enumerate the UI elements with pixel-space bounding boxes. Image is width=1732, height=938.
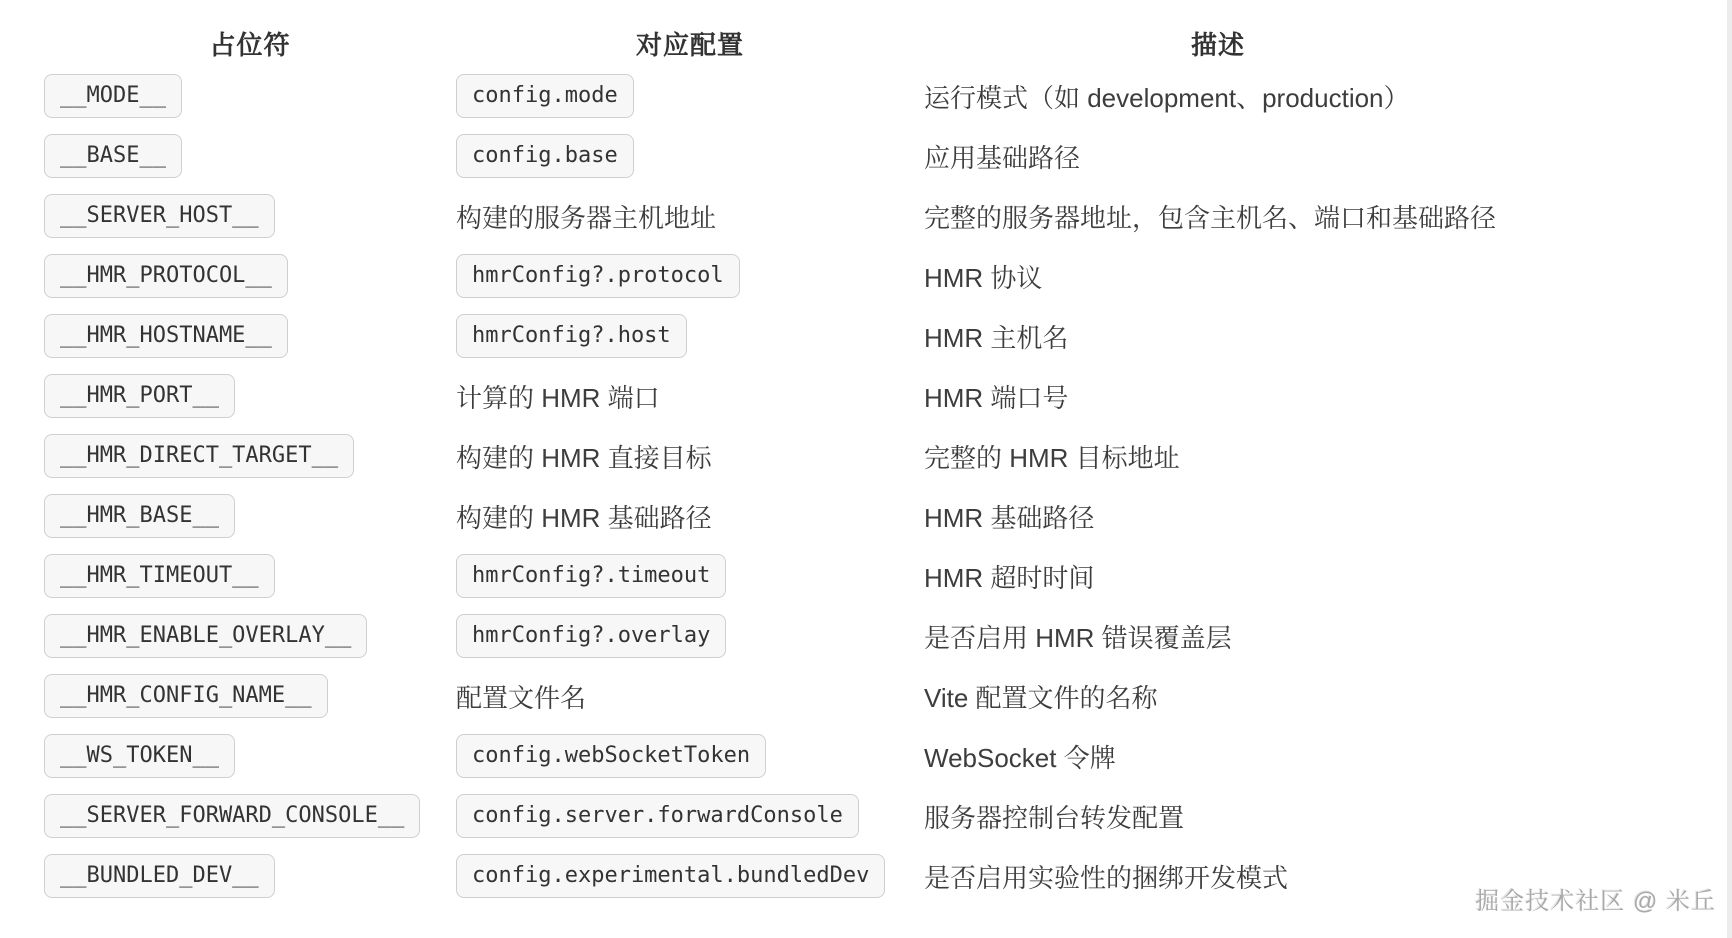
description-cell: HMR 主机名 [924,318,1512,355]
scrollbar-track[interactable] [1727,0,1732,938]
description-text: HMR 协议 [924,258,1042,295]
config-cell: config.mode [456,74,924,118]
config-cell: config.server.forwardConsole [456,794,924,838]
placeholder-badge: __SERVER_FORWARD_CONSOLE__ [44,794,420,838]
placeholder-badge: __HMR_CONFIG_NAME__ [44,674,328,718]
description-cell: Vite 配置文件的名称 [924,678,1512,715]
config-cell: config.webSocketToken [456,734,924,778]
placeholder-badge: __SERVER_HOST__ [44,194,275,238]
description-cell: HMR 基础路径 [924,498,1512,535]
description-cell: 是否启用 HMR 错误覆盖层 [924,618,1512,655]
config-text: 构建的服务器主机地址 [456,198,716,235]
config-cell: 构建的 HMR 基础路径 [456,498,924,535]
config-cell: hmrConfig?.protocol [456,254,924,298]
placeholder-cell: __HMR_ENABLE_OVERLAY__ [44,614,456,658]
placeholder-cell: __HMR_DIRECT_TARGET__ [44,434,456,478]
table-row: __HMR_DIRECT_TARGET__ 构建的 HMR 直接目标 完整的 H… [44,426,1512,486]
description-cell: 完整的 HMR 目标地址 [924,438,1512,475]
description-cell: 运行模式（如 development、production） [924,78,1512,115]
description-text: HMR 基础路径 [924,498,1094,535]
config-text: 构建的 HMR 直接目标 [456,438,712,475]
placeholder-badge: __MODE__ [44,74,182,118]
placeholder-cell: __HMR_CONFIG_NAME__ [44,674,456,718]
config-text: 构建的 HMR 基础路径 [456,498,712,535]
table-row: __HMR_TIMEOUT__ hmrConfig?.timeout HMR 超… [44,546,1512,606]
placeholder-cell: __SERVER_HOST__ [44,194,456,238]
config-cell: 构建的 HMR 直接目标 [456,438,924,475]
placeholder-cell: __MODE__ [44,74,456,118]
config-badge: config.experimental.bundledDev [456,854,885,898]
description-cell: 应用基础路径 [924,138,1512,175]
placeholder-badge: __HMR_PORT__ [44,374,235,418]
placeholder-badge: __BASE__ [44,134,182,178]
description-text: 应用基础路径 [924,138,1080,175]
description-cell: 完整的服务器地址，包含主机名、端口和基础路径 [924,198,1512,235]
table-row: __HMR_PROTOCOL__ hmrConfig?.protocol HMR… [44,246,1512,306]
description-cell: 服务器控制台转发配置 [924,798,1512,835]
juejin-watermark: 掘金技术社区 @ 米丘 [1475,881,1716,916]
config-badge: config.server.forwardConsole [456,794,859,838]
placeholder-badge: __HMR_BASE__ [44,494,235,538]
placeholder-badge: __HMR_PROTOCOL__ [44,254,288,298]
description-text: 完整的服务器地址，包含主机名、端口和基础路径 [924,198,1496,235]
config-cell: hmrConfig?.host [456,314,924,358]
description-cell: HMR 端口号 [924,378,1512,415]
table-row: __HMR_CONFIG_NAME__ 配置文件名 Vite 配置文件的名称 [44,666,1512,726]
description-text: HMR 主机名 [924,318,1068,355]
placeholder-badge: __HMR_ENABLE_OVERLAY__ [44,614,367,658]
config-badge: config.webSocketToken [456,734,766,778]
placeholder-badge: __HMR_HOSTNAME__ [44,314,288,358]
table-row: __SERVER_FORWARD_CONSOLE__ config.server… [44,786,1512,846]
column-header-config: 对应配置 [456,25,924,62]
config-badge: hmrConfig?.overlay [456,614,726,658]
table-row: __BASE__ config.base 应用基础路径 [44,126,1512,186]
description-text: 运行模式（如 development、production） [924,78,1410,115]
config-text: 配置文件名 [456,678,586,715]
placeholder-cell: __HMR_HOSTNAME__ [44,314,456,358]
placeholder-cell: __HMR_PROTOCOL__ [44,254,456,298]
config-cell: hmrConfig?.overlay [456,614,924,658]
column-header-placeholder: 占位符 [44,25,456,62]
description-text: 完整的 HMR 目标地址 [924,438,1180,475]
table-body: __MODE__ config.mode 运行模式（如 development、… [44,66,1512,906]
config-cell: config.base [456,134,924,178]
table-row: __HMR_ENABLE_OVERLAY__ hmrConfig?.overla… [44,606,1512,666]
description-text: WebSocket 令牌 [924,738,1116,775]
config-cell: config.experimental.bundledDev [456,854,924,898]
config-badge: hmrConfig?.timeout [456,554,726,598]
table-row: __WS_TOKEN__ config.webSocketToken WebSo… [44,726,1512,786]
description-cell: HMR 协议 [924,258,1512,295]
description-text: Vite 配置文件的名称 [924,678,1158,715]
config-cell: 构建的服务器主机地址 [456,198,924,235]
description-text: 是否启用 HMR 错误覆盖层 [924,618,1232,655]
table-row: __HMR_PORT__ 计算的 HMR 端口 HMR 端口号 [44,366,1512,426]
config-badge: config.base [456,134,634,178]
placeholder-cell: __WS_TOKEN__ [44,734,456,778]
table-row: __SERVER_HOST__ 构建的服务器主机地址 完整的服务器地址，包含主机… [44,186,1512,246]
config-text: 计算的 HMR 端口 [456,378,660,415]
placeholder-badge: __BUNDLED_DEV__ [44,854,275,898]
description-text: 是否启用实验性的捆绑开发模式 [924,858,1288,895]
placeholder-badge: __WS_TOKEN__ [44,734,235,778]
description-text: HMR 超时时间 [924,558,1094,595]
table-row: __BUNDLED_DEV__ config.experimental.bund… [44,846,1512,906]
placeholder-reference-table: 占位符 对应配置 描述 __MODE__ config.mode 运行模式（如 … [44,20,1512,906]
placeholder-cell: __BUNDLED_DEV__ [44,854,456,898]
description-cell: HMR 超时时间 [924,558,1512,595]
column-header-description: 描述 [924,25,1512,62]
description-cell: 是否启用实验性的捆绑开发模式 [924,858,1512,895]
placeholder-badge: __HMR_TIMEOUT__ [44,554,275,598]
config-cell: 配置文件名 [456,678,924,715]
description-text: 服务器控制台转发配置 [924,798,1184,835]
config-badge: hmrConfig?.protocol [456,254,740,298]
placeholder-cell: __HMR_BASE__ [44,494,456,538]
document-page: 占位符 对应配置 描述 __MODE__ config.mode 运行模式（如 … [0,0,1732,938]
config-cell: 计算的 HMR 端口 [456,378,924,415]
placeholder-cell: __HMR_TIMEOUT__ [44,554,456,598]
placeholder-cell: __HMR_PORT__ [44,374,456,418]
placeholder-badge: __HMR_DIRECT_TARGET__ [44,434,354,478]
table-header-row: 占位符 对应配置 描述 [44,20,1512,66]
placeholder-cell: __SERVER_FORWARD_CONSOLE__ [44,794,456,838]
table-row: __HMR_HOSTNAME__ hmrConfig?.host HMR 主机名 [44,306,1512,366]
description-text: HMR 端口号 [924,378,1068,415]
config-cell: hmrConfig?.timeout [456,554,924,598]
config-badge: hmrConfig?.host [456,314,687,358]
description-cell: WebSocket 令牌 [924,738,1512,775]
table-row: __MODE__ config.mode 运行模式（如 development、… [44,66,1512,126]
table-row: __HMR_BASE__ 构建的 HMR 基础路径 HMR 基础路径 [44,486,1512,546]
config-badge: config.mode [456,74,634,118]
placeholder-cell: __BASE__ [44,134,456,178]
